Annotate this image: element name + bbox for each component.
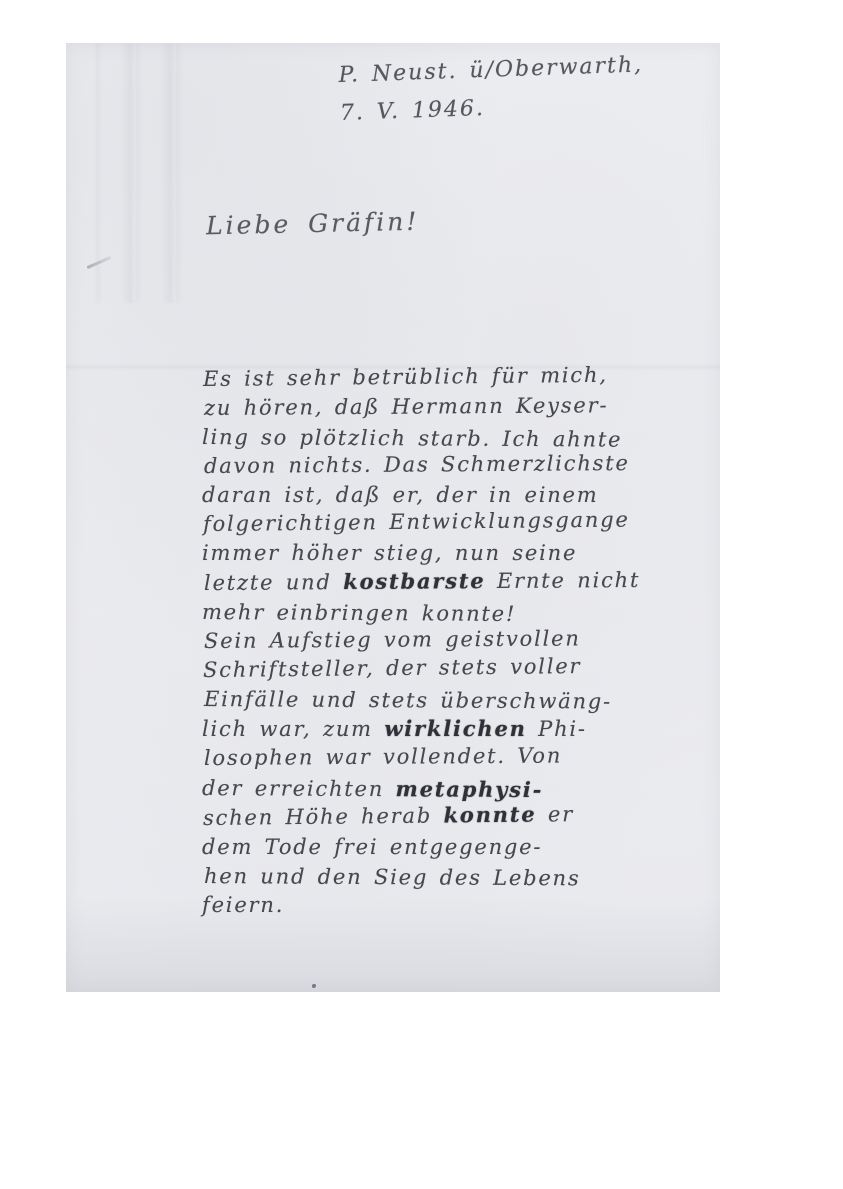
- letter-line: Es ist sehr betrüblich für mich,: [203, 360, 682, 394]
- heavy-ink-word: kostbarste: [343, 568, 485, 594]
- ink-dot: [312, 984, 316, 988]
- letter-line: zu hören, daß Hermann Keyser-: [204, 391, 682, 423]
- salutation: Liebe Gräfin!: [206, 207, 420, 240]
- letter-line: immer höher stieg, nun seine: [202, 539, 682, 568]
- letter-body: Es ist sehr betrüblich für mich,zu hören…: [202, 365, 682, 920]
- scan-background: P. Neust. ü/Oberwarth, 7. V. 1946. Liebe…: [0, 0, 843, 1189]
- heavy-ink-word: konnte: [443, 802, 536, 828]
- letter-line: Einfälle und stets überschwäng-: [204, 685, 682, 717]
- letter-page: P. Neust. ü/Oberwarth, 7. V. 1946. Liebe…: [66, 43, 720, 992]
- letter-line: feiern.: [202, 891, 682, 920]
- letter-line: dem Tode frei entgegenge-: [202, 833, 682, 862]
- dateline: P. Neust. ü/Oberwarth, 7. V. 1946.: [338, 46, 645, 133]
- letter-line: schen Höhe herab konnte er: [203, 798, 682, 833]
- letter-line: Schriftsteller, der stets voller: [203, 651, 682, 685]
- letter-line: folgerichtigen Entwicklungsgange: [203, 505, 682, 539]
- letter-line: losophen war vollendet. Von: [204, 741, 682, 773]
- letter-line: letzte und kostbarste Ernte nicht: [204, 565, 682, 598]
- letter-line: lich war, zum wirklichen Phi-: [202, 714, 682, 744]
- heavy-ink-word: wirklichen: [384, 716, 526, 741]
- paper-crease-vertical: [96, 43, 186, 303]
- letter-line: hen und den Sieg des Lebens: [204, 862, 682, 894]
- heavy-ink-word: metaphysi-: [396, 776, 544, 802]
- letter-line: davon nichts. Das Schmerzlichste: [204, 449, 682, 481]
